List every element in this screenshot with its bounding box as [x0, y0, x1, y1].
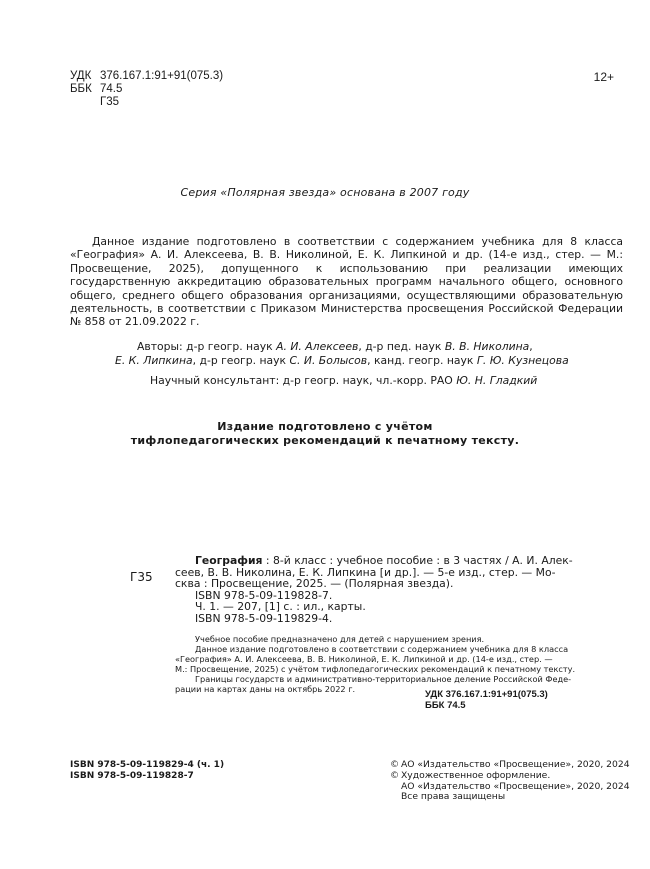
author-name: Г. Ю. Кузнецова — [477, 354, 569, 367]
card-isbn-part: ISBN 978-5-09-119829-4. — [175, 613, 605, 625]
classification-codes: УДК 376.167.1:91+91(075.3) ББК 74.5 Г35 — [70, 70, 223, 109]
copyright-line-2: Художественное оформление. — [401, 771, 550, 782]
catalog-card: География : 8-й класс : учебное пособие … — [175, 555, 605, 625]
authors-label: Авторы: — [137, 340, 183, 353]
isbn-set: ISBN 978-5-09-119828-7 — [70, 771, 224, 782]
author-sign-row: Г35 — [70, 96, 223, 109]
bbk-label: ББК — [70, 83, 100, 96]
authors-line-2: Е. К. Липкина, д-р геогр. наук С. И. Бол… — [115, 354, 585, 368]
spacer — [390, 782, 401, 793]
author-sign-label — [70, 96, 100, 109]
author-degree: , д-р геогр. наук — [193, 354, 290, 367]
consultant-name: Ю. Н. Гладкий — [456, 374, 537, 387]
author-degree: , д-р пед. наук — [358, 340, 445, 353]
card-udk: УДК 376.167.1:91+91(075.3) — [425, 690, 548, 701]
preparation-note: Данное издание подготовлено в соответств… — [70, 235, 623, 329]
card-codes: УДК 376.167.1:91+91(075.3) ББК 74.5 — [425, 690, 548, 711]
udk-row: УДК 376.167.1:91+91(075.3) — [70, 70, 223, 83]
card-bbk: ББК 74.5 — [425, 701, 548, 712]
copyright-line-4: Все права защищены — [401, 792, 505, 803]
scientific-consultant: Научный консультант: д-р геогр. наук, чл… — [150, 374, 537, 387]
annotation: Учебное пособие предназначено для детей … — [175, 634, 605, 694]
annotation-line: Учебное пособие предназначено для детей … — [175, 634, 605, 644]
copyright-row: © Художественное оформление. — [390, 771, 630, 782]
bbk-value: 74.5 — [100, 83, 122, 96]
authors-block: Авторы: д-р геогр. наук А. И. Алексеев, … — [115, 340, 585, 367]
catalog-index: Г35 — [130, 570, 153, 584]
udk-value: 376.167.1:91+91(075.3) — [100, 70, 223, 83]
card-line-1: География : 8-й класс : учебное пособие … — [175, 555, 605, 567]
author-name: А. И. Алексеев — [276, 340, 358, 353]
tiflo-note-line-1: Издание подготовлено с учётом — [0, 420, 650, 434]
authors-line-1: Авторы: д-р геогр. наук А. И. Алексеев, … — [115, 340, 585, 354]
series-note: Серия «Полярная звезда» основана в 2007 … — [0, 186, 650, 199]
consultant-label: Научный консультант: д-р геогр. наук, чл… — [150, 374, 456, 387]
author-name: Е. К. Липкина — [115, 354, 193, 367]
separator: , — [529, 340, 532, 353]
annotation-line: «География» А. И. Алексеева, В. В. Никол… — [175, 654, 605, 664]
spacer — [390, 792, 401, 803]
isbn-footer: ISBN 978-5-09-119829-4 (ч. 1) ISBN 978-5… — [70, 760, 224, 781]
annotation-line: Данное издание подготовлено в соответств… — [175, 644, 605, 654]
author-degree: д-р геогр. наук — [183, 340, 276, 353]
author-name: С. И. Болысов — [289, 354, 367, 367]
annotation-line: Границы государств и административно-тер… — [175, 674, 605, 684]
copyright-row: Все права защищены — [390, 792, 630, 803]
age-rating: 12+ — [594, 70, 614, 84]
udk-label: УДК — [70, 70, 100, 83]
author-name: В. В. Николина — [445, 340, 529, 353]
tiflo-note-line-2: тифлопедагогических рекомендаций к печат… — [0, 434, 650, 448]
annotation-line: М.: Просвещение, 2025) с учётом тифлопед… — [175, 664, 605, 674]
preparation-note-text: Данное издание подготовлено в соответств… — [70, 235, 623, 328]
author-degree: , канд. геогр. наук — [367, 354, 477, 367]
copyright-icon: © — [390, 771, 401, 782]
tiflo-note: Издание подготовлено с учётом тифлопедаг… — [0, 420, 650, 447]
author-sign-value: Г35 — [100, 96, 119, 109]
isbn-part-1: ISBN 978-5-09-119829-4 (ч. 1) — [70, 760, 224, 771]
copyright-block: © АО «Издательство «Просвещение», 2020, … — [390, 760, 630, 803]
bbk-row: ББК 74.5 — [70, 83, 223, 96]
